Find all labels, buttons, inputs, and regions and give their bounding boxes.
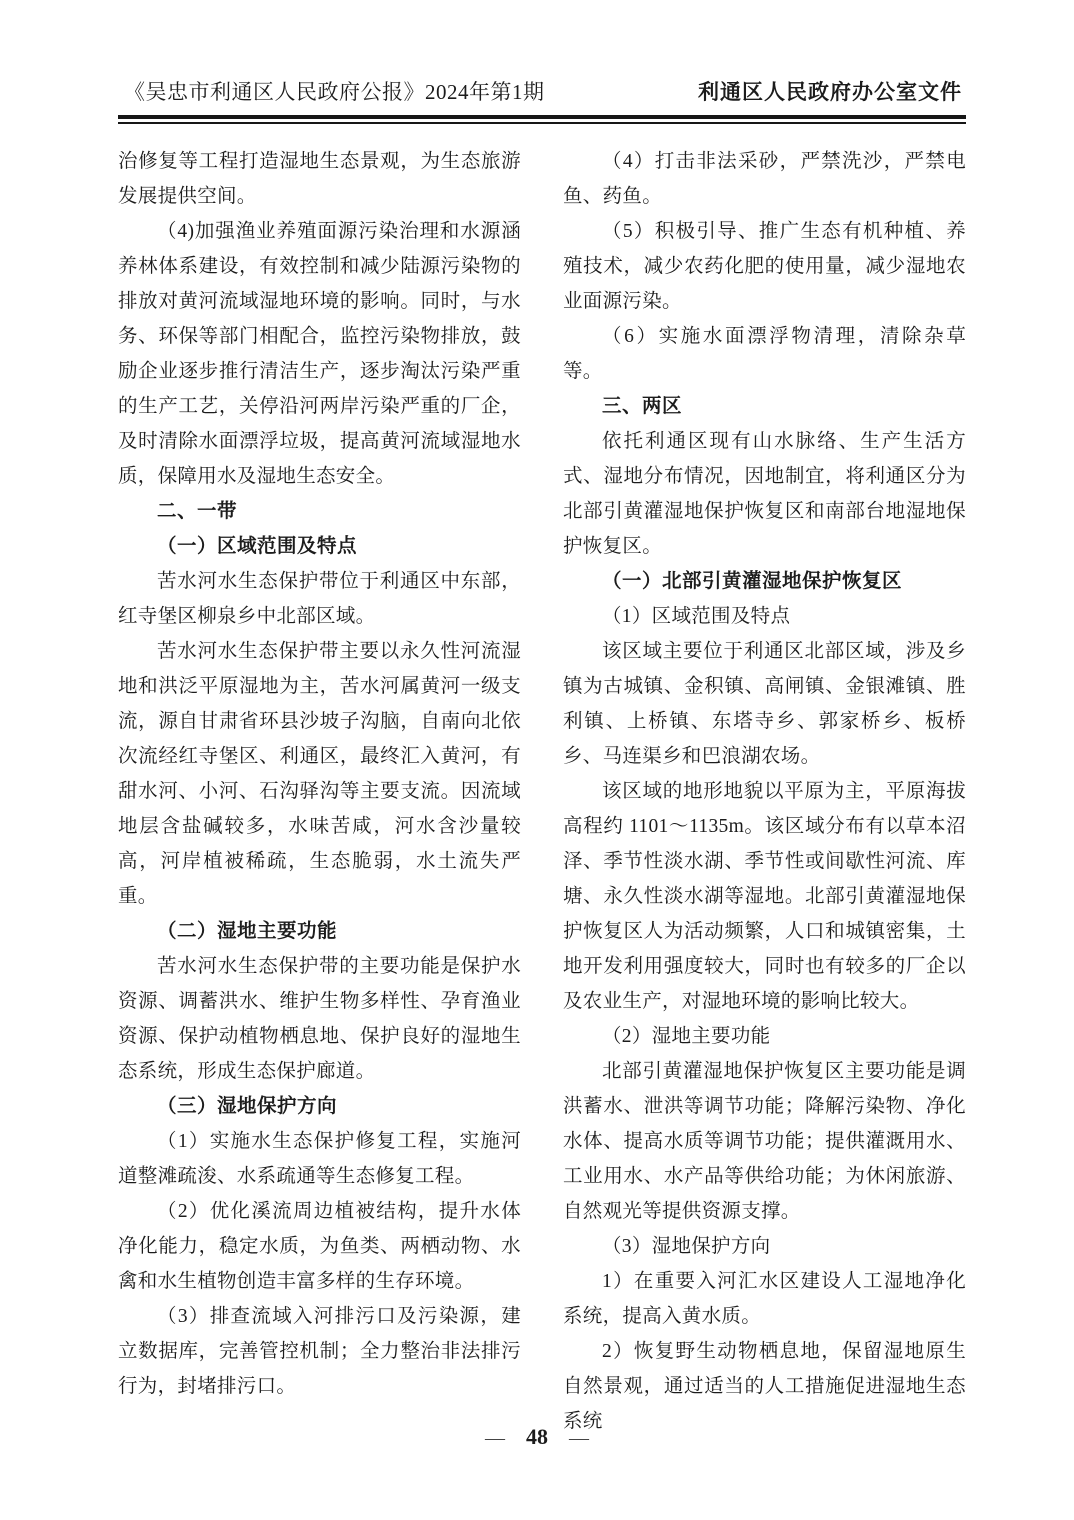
paragraph: 北部引黄灌湿地保护恢复区主要功能是调洪蓄水、泄洪等调节功能；降解污染物、净化水体… xyxy=(563,1054,966,1229)
paragraph: （5）积极引导、推广生态有机种植、养殖技术，减少农药化肥的使用量，减少湿地农业面… xyxy=(563,214,966,319)
paragraph: 苦水河水生态保护带的主要功能是保护水资源、调蓄洪水、维护生物多样性、孕育渔业资源… xyxy=(118,949,521,1089)
section-heading: （一）区域范围及特点 xyxy=(118,529,521,564)
page-header: 《吴忠市利通区人民政府公报》2024年第1期 利通区人民政府办公室文件 xyxy=(118,76,966,115)
section-heading: 二、一带 xyxy=(118,494,521,529)
paragraph: （2）优化溪流周边植被结构，提升水体净化能力，稳定水质，为鱼类、两栖动物、水禽和… xyxy=(118,1194,521,1299)
gazette-page: 《吴忠市利通区人民政府公报》2024年第1期 利通区人民政府办公室文件 治修复等… xyxy=(0,0,1074,1520)
paragraph: 该区域主要位于利通区北部区域，涉及乡镇为古城镇、金积镇、高闸镇、金银滩镇、胜利镇… xyxy=(563,634,966,774)
paragraph: 依托利通区现有山水脉络、生产生活方式、湿地分布情况，因地制宜，将利通区分为北部引… xyxy=(563,424,966,564)
section-heading: （二）湿地主要功能 xyxy=(118,914,521,949)
gazette-issue-title: 《吴忠市利通区人民政府公报》2024年第1期 xyxy=(124,76,545,106)
section-heading: （三）湿地保护方向 xyxy=(118,1089,521,1124)
footer-dash-left: — xyxy=(485,1427,505,1449)
section-heading: 三、两区 xyxy=(563,389,966,424)
paragraph: 该区域的地形地貌以平原为主，平原海拔高程约 1101～1135m。该区域分布有以… xyxy=(563,774,966,1019)
paragraph: （4)加强渔业养殖面源污染治理和水源涵养林体系建设，有效控制和减少陆源污染物的排… xyxy=(118,214,521,494)
document-category-title: 利通区人民政府办公室文件 xyxy=(698,76,962,106)
footer-dash-right: — xyxy=(569,1427,589,1449)
paragraph: 苦水河水生态保护带位于利通区中东部，红寺堡区柳泉乡中北部区域。 xyxy=(118,564,521,634)
page-number: 48 xyxy=(526,1424,548,1450)
paragraph: （1）区域范围及特点 xyxy=(563,599,966,634)
paragraph: 苦水河水生态保护带主要以永久性河流湿地和洪泛平原湿地为主，苦水河属黄河一级支流，… xyxy=(118,634,521,914)
left-column: 治修复等工程打造湿地生态景观，为生态旅游发展提供空间。（4)加强渔业养殖面源污染… xyxy=(118,144,521,1439)
paragraph: （1）实施水生态保护修复工程，实施河道整滩疏浚、水系疏通等生态修复工程。 xyxy=(118,1124,521,1194)
paragraph: 1）在重要入河汇水区建设人工湿地净化系统，提高入黄水质。 xyxy=(563,1264,966,1334)
paragraph: （2）湿地主要功能 xyxy=(563,1019,966,1054)
page-footer: — 48 — xyxy=(0,1424,1074,1450)
right-column: （4）打击非法采砂，严禁洗沙，严禁电鱼、药鱼。（5）积极引导、推广生态有机种植、… xyxy=(563,144,966,1439)
section-heading: （一）北部引黄灌湿地保护恢复区 xyxy=(563,564,966,599)
paragraph: （6）实施水面漂浮物清理，清除杂草等。 xyxy=(563,319,966,389)
body-columns: 治修复等工程打造湿地生态景观，为生态旅游发展提供空间。（4)加强渔业养殖面源污染… xyxy=(118,144,966,1439)
paragraph: （3）湿地保护方向 xyxy=(563,1229,966,1264)
header-divider-rule xyxy=(118,115,966,124)
paragraph: （3）排查流域入河排污口及污染源，建立数据库，完善管控机制；全力整治非法排污行为… xyxy=(118,1299,521,1404)
paragraph: （4）打击非法采砂，严禁洗沙，严禁电鱼、药鱼。 xyxy=(563,144,966,214)
paragraph: 治修复等工程打造湿地生态景观，为生态旅游发展提供空间。 xyxy=(118,144,521,214)
